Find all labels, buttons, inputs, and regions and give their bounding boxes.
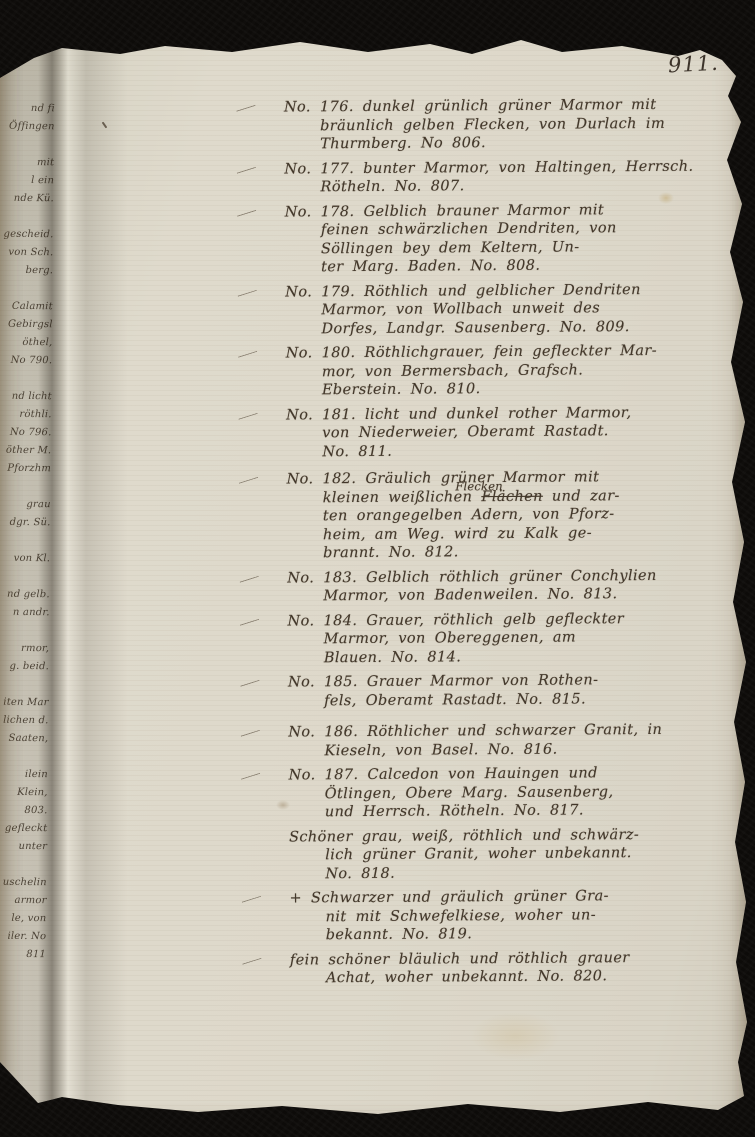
catalog-entry: No. 180. Röthlichgrauer, fein gefleckter… [286,342,716,401]
catalog-entry: No. 187. Calcedon von Hauingen und Ötlin… [289,763,719,822]
catalog-entries: No. 176. dunkel grünlich grüner Marmor m… [284,96,720,994]
entry-text: No. 181. licht und dunkel rother Marmor,… [286,403,716,462]
entry-text: No. 186. Röthlicher und schwarzer Granit… [288,720,718,760]
paper-stain [470,1012,560,1060]
entry-text: Schöner grau, weiß, röthlich und schwärz… [289,825,719,884]
pencil-tick-mark [241,773,260,780]
paper-stain [276,800,290,810]
pencil-tick-mark [238,412,257,419]
catalog-entry: No. 181. licht und dunkel rother Marmor,… [286,403,716,462]
facing-page-text-fragments: nd fi Öffingen mit l ein nde Kü. geschei… [0,100,59,1051]
catalog-entry: No. 177. bunter Marmor, von Haltingen, H… [284,157,714,197]
pencil-tick-mark [241,730,260,737]
entry-text: No. 185. Grauer Marmor von Rothen- fels,… [288,670,718,710]
pencil-tick-mark [240,680,259,687]
catalog-entry: Schöner grau, weiß, röthlich und schwärz… [289,825,719,884]
catalog-entry: No. 178. Gelblich brauner Marmor mit fei… [285,200,716,277]
catalog-entry: No. 179. Röthlich und gelblicher Dendrit… [285,280,715,339]
entry-text: No. 178. Gelblich brauner Marmor mit fei… [285,200,716,277]
corrected-word: FleckenFlächen [481,488,543,504]
pencil-tick-mark [237,166,256,173]
scanned-manuscript-page: nd fi Öffingen mit l ein nde Kü. geschei… [0,0,755,1137]
catalog-entry: fein schöner bläulich und röthlich graue… [290,948,720,988]
pencil-tick-mark [236,105,255,112]
pencil-tick-mark [242,957,261,964]
page-number: 911. [667,51,719,78]
pencil-tick-mark [240,575,259,582]
catalog-entry: No. 184. Grauer, röthlich gelb gefleckte… [287,609,717,668]
pencil-tick-mark [237,209,256,216]
entry-text: fein schöner bläulich und röthlich graue… [290,948,720,988]
inserted-word: Flecken [491,476,503,495]
catalog-entry: No. 182. Gräulich grüner Marmor mit klei… [286,468,717,563]
entry-text: No. 179. Röthlich und gelblicher Dendrit… [285,280,715,339]
paper-sheet: nd fi Öffingen mit l ein nde Kü. geschei… [0,0,755,1137]
pencil-tick-mark [238,351,257,358]
entry-text: No. 187. Calcedon von Hauingen und Ötlin… [289,763,719,822]
entry-text: + Schwarzer und gräulich grüner Gra- nit… [289,886,719,945]
pencil-tick-mark [238,289,257,296]
catalog-entry: No. 186. Röthlicher und schwarzer Granit… [288,720,718,760]
entry-text: No. 184. Grauer, röthlich gelb gefleckte… [287,609,717,668]
pencil-tick-mark [242,896,261,903]
entry-text: No. 177. bunter Marmor, von Haltingen, H… [284,157,714,197]
entry-text: No. 180. Röthlichgrauer, fein gefleckter… [286,342,716,401]
pencil-tick-mark [240,618,259,625]
entry-text: No. 183. Gelblich röthlich grüner Conchy… [287,566,717,606]
stray-pencil-mark [102,122,108,129]
catalog-entry: No. 176. dunkel grünlich grüner Marmor m… [284,96,714,155]
catalog-entry: No. 183. Gelblich röthlich grüner Conchy… [287,566,717,606]
catalog-entry: + Schwarzer und gräulich grüner Gra- nit… [289,886,719,945]
catalog-entry: No. 185. Grauer Marmor von Rothen- fels,… [288,670,718,710]
entry-text: No. 176. dunkel grünlich grüner Marmor m… [284,96,714,155]
entry-text: No. 182. Gräulich grüner Marmor mit klei… [286,468,717,563]
paper-stain [658,192,674,204]
pencil-tick-mark [239,477,258,484]
